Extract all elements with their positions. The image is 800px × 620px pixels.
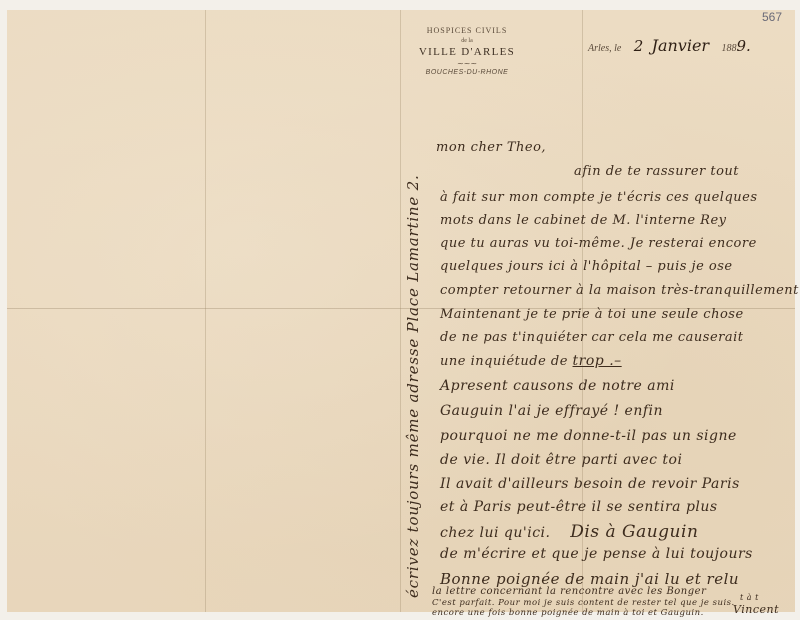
body-line-3: mots dans le cabinet de M. l'interne Rey	[440, 213, 727, 228]
closing-tat: t à t	[740, 593, 759, 602]
body-line-12: pourquoi ne me donne-t-il pas un signe	[440, 428, 737, 444]
letterhead-line1: HOSPICES CIVILS	[412, 26, 522, 35]
body-line-5: quelques jours ici à l'hôpital – puis je…	[440, 259, 733, 274]
body-line-1: afin de te rassurer tout	[574, 164, 739, 179]
dateline-day: 2	[634, 37, 644, 55]
letterhead: HOSPICES CIVILS de la VILLE D'ARLES ~~~ …	[412, 26, 522, 76]
body-line-10: Apresent causons de notre ami	[440, 378, 675, 394]
body-line-15: et à Paris peut-être il se sentira plus	[440, 499, 718, 515]
salutation: mon cher Theo,	[436, 140, 546, 155]
body-line-21: encore une fois bonne poignée de main à …	[432, 608, 704, 618]
body-line-16-text: chez lui qu'ici.	[440, 525, 550, 541]
body-line-8: de ne pas t'inquiéter car cela me causer…	[440, 330, 744, 345]
emphasis-dis-a-gauguin: Dis à Gauguin	[570, 522, 698, 542]
vertical-fold-left	[205, 10, 206, 612]
letterhead-line2: de la	[412, 38, 522, 44]
body-line-20: C'est parfait. Pour moi je suis content …	[432, 598, 735, 608]
dateline: Arles, le 2 Janvier 1889.	[588, 36, 751, 55]
body-line-9: une inquiétude de trop .–	[440, 353, 622, 369]
body-line-9-text: une inquiétude de	[440, 354, 568, 369]
letterhead-title: VILLE D'ARLES	[412, 46, 522, 58]
letterhead-region: BOUCHES-DU-RHONE	[412, 69, 522, 76]
body-line-6: compter retourner à la maison très-tranq…	[440, 283, 799, 298]
body-line-13: de vie. Il doit être parti avec toi	[440, 452, 682, 468]
emphasis-trop: trop .–	[573, 353, 622, 369]
body-line-16: chez lui qu'ici. Dis à Gauguin	[440, 522, 698, 542]
margin-note: écrivez toujours même adresse Place Lama…	[404, 174, 422, 598]
body-line-7: Maintenant je te prie à toi une seule ch…	[440, 307, 744, 322]
dateline-year-printed: 188	[721, 43, 736, 54]
body-line-14: Il avait d'ailleurs besoin de revoir Par…	[440, 476, 740, 492]
signature: Vincent	[733, 603, 779, 616]
body-line-4: que tu auras vu toi-même. Je resterai en…	[440, 236, 757, 251]
body-line-19: la lettre concernant la rencontre avec l…	[432, 586, 706, 597]
dateline-year-digit: 9.	[736, 37, 750, 55]
body-line-11: Gauguin l'ai je effrayé ! enfin	[440, 403, 663, 419]
body-line-2: à fait sur mon compte je t'écris ces que…	[440, 190, 758, 205]
center-fold	[400, 10, 401, 612]
catalog-number: 567	[762, 10, 782, 24]
letterhead-ornament-icon: ~~~	[412, 59, 522, 68]
dateline-place: Arles, le	[588, 43, 621, 54]
dateline-month: Janvier	[652, 36, 710, 55]
body-line-17: de m'écrire et que je pense à lui toujou…	[440, 546, 753, 562]
